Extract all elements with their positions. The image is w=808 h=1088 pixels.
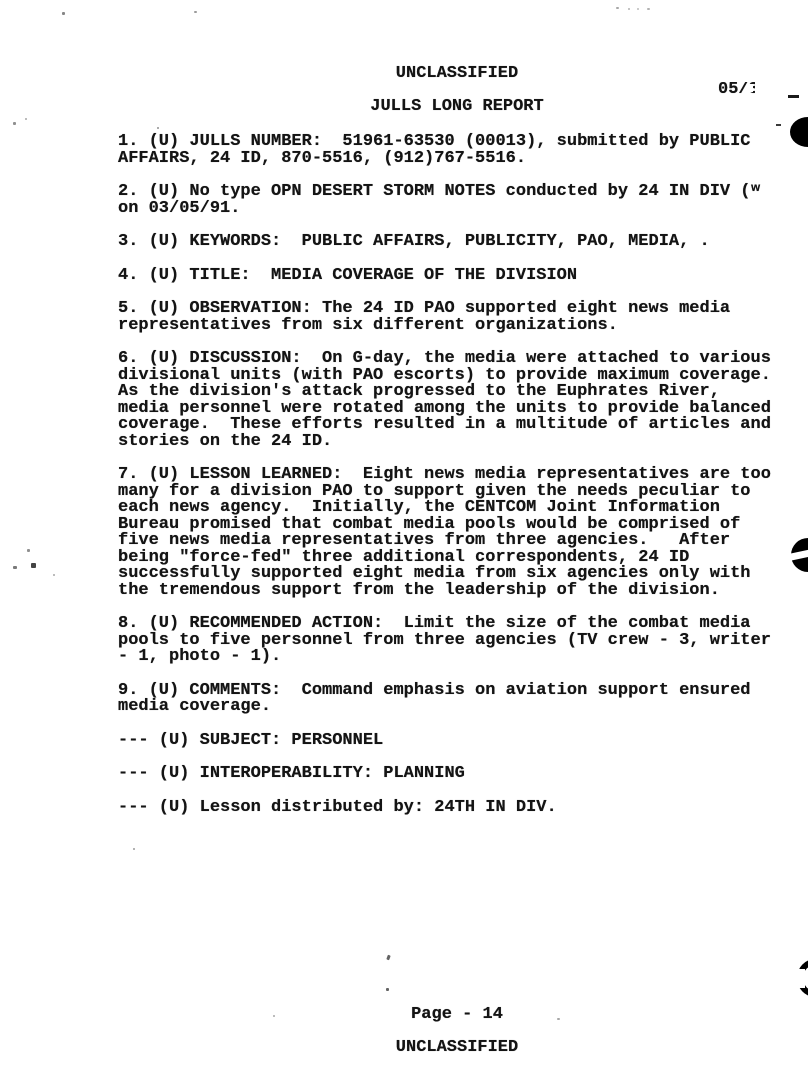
scanned-report-page: UNCLASSIFIED 05/3 JULLS LONG REPORT 1. (… <box>0 0 808 1088</box>
scan-speck <box>53 574 55 576</box>
paragraph-recommended-action: 8. (U) RECOMMENDED ACTION: Limit the siz… <box>118 616 790 666</box>
paragraph-julls-number: 1. (U) JULLS NUMBER: 51961-63530 (00013)… <box>118 134 790 167</box>
scan-speck <box>647 8 650 10</box>
scan-speck <box>25 118 27 120</box>
scan-hole-punch-artifact <box>790 117 808 147</box>
paragraph-keywords: 3. (U) KEYWORDS: PUBLIC AFFAIRS, PUBLICI… <box>118 234 790 251</box>
classification-footer: UNCLASSIFIED <box>396 1040 518 1057</box>
report-title: JULLS LONG REPORT <box>370 99 543 116</box>
scan-speck <box>27 549 30 552</box>
scan-ring-gap-artifact <box>792 969 805 988</box>
scan-speck <box>628 8 630 10</box>
report-body: 1. (U) JULLS NUMBER: 51961-63530 (00013)… <box>118 134 790 816</box>
scan-speck <box>13 122 16 125</box>
page-number: Page - 14 <box>411 1007 503 1024</box>
paragraph-title-line: 4. (U) TITLE: MEDIA COVERAGE OF THE DIVI… <box>118 268 790 285</box>
paragraph-lesson-learned: 7. (U) LESSON LEARNED: Eight news media … <box>118 467 790 599</box>
scan-speck <box>31 563 36 568</box>
scan-speck <box>157 127 159 129</box>
paragraph-discussion: 6. (U) DISCUSSION: On G-day, the media w… <box>118 351 790 450</box>
paragraph-observation: 5. (U) OBSERVATION: The 24 ID PAO suppor… <box>118 301 790 334</box>
footnote-interoperability: --- (U) INTEROPERABILITY: PLANNING <box>118 766 790 783</box>
scan-fade-artifact <box>749 84 753 92</box>
paragraph-comments: 9. (U) COMMENTS: Command emphasis on avi… <box>118 683 790 716</box>
scan-speck <box>386 955 391 961</box>
scan-dash-artifact <box>788 95 799 98</box>
scan-speck <box>273 1015 275 1017</box>
scan-speck <box>637 8 639 10</box>
classification-header: UNCLASSIFIED <box>396 66 518 83</box>
scan-speck <box>133 848 135 850</box>
scan-speck <box>62 12 65 15</box>
scan-speck <box>386 988 389 991</box>
scan-speck <box>557 1018 560 1020</box>
footnote-distribution: --- (U) Lesson distributed by: 24TH IN D… <box>118 800 790 817</box>
scan-speck <box>194 11 197 13</box>
footnote-subject: --- (U) SUBJECT: PERSONNEL <box>118 733 790 750</box>
scan-speck <box>616 7 619 9</box>
scan-dash-artifact <box>776 124 781 126</box>
scan-speck <box>13 566 17 569</box>
paragraph-opn-notes: 2. (U) No type OPN DESERT STORM NOTES co… <box>118 184 790 217</box>
